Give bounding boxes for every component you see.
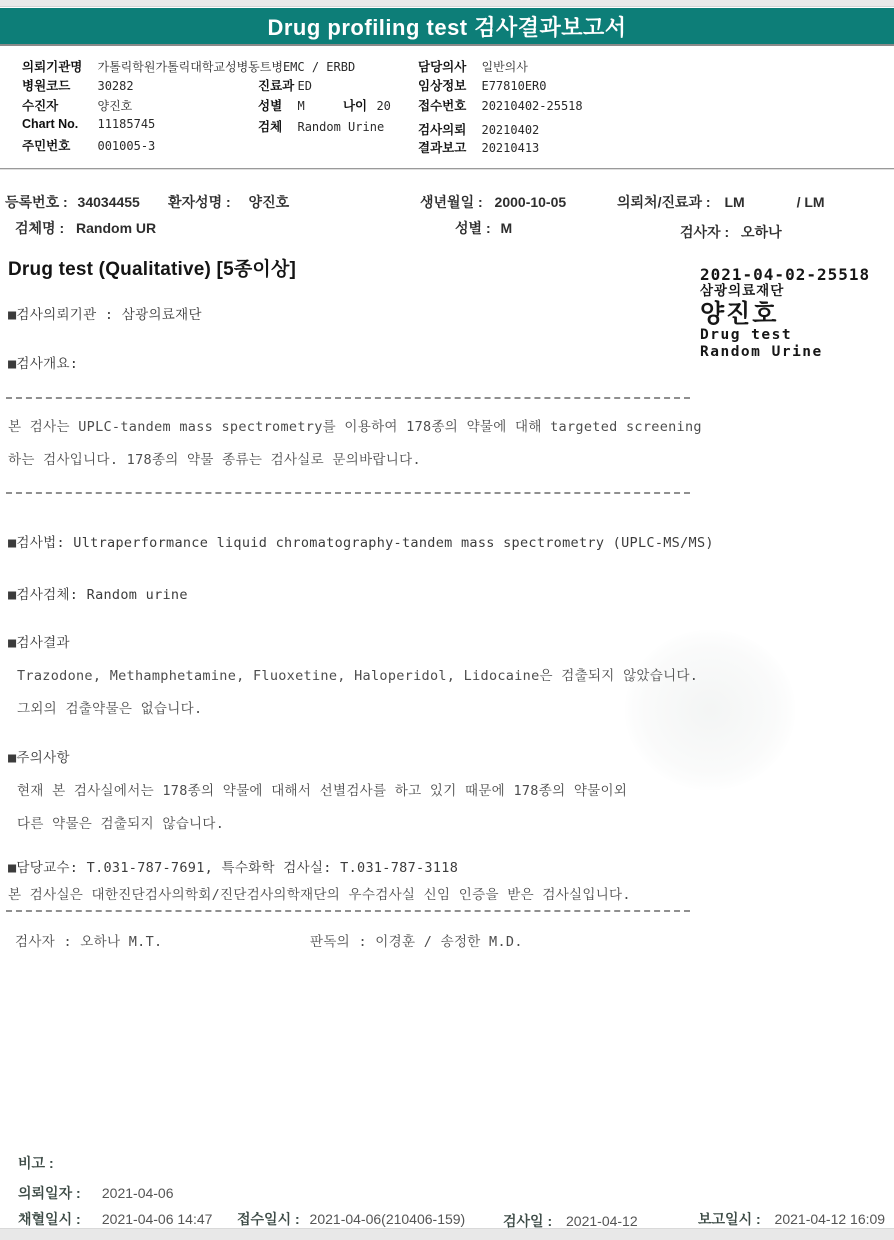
dept-value: ED <box>297 79 311 93</box>
stamp-specimen: Random Urine <box>700 344 870 361</box>
line-tester-sign: 검사자 : 오하나 M.T. <box>15 930 162 950</box>
info-row-hospital-code: 병원코드 30282 <box>22 76 134 94</box>
header-divider <box>0 168 894 170</box>
line-method: ■검사법: Ultraperformance liquid chromatogr… <box>8 531 714 551</box>
clinical-value: E77810ER0 <box>481 79 546 93</box>
receipt-value: 2021-04-06(210406-159) <box>310 1211 466 1227</box>
footer-collect: 채혈일시 : 2021-04-06 14:47 <box>18 1209 212 1229</box>
sex-label: 성별 <box>258 96 294 114</box>
reg-label: 등록번호 : <box>5 194 68 210</box>
resident-label: 주민번호 <box>22 136 94 154</box>
line-result-1: Trazodone, Methamphetamine, Fluoxetine, … <box>17 664 698 684</box>
info-row-dept: 진료과 ED <box>258 76 312 94</box>
chart-label: Chart No. <box>22 117 94 131</box>
collect-value: 2021-04-06 14:47 <box>102 1211 213 1227</box>
line-caution-2: 다른 약물은 검출되지 않습니다. <box>17 812 224 832</box>
top-strip <box>0 0 894 7</box>
pbar-tester: 검사자 : 오하나 <box>680 222 782 242</box>
line-reader-sign: 판독의 : 이경훈 / 송정한 M.D. <box>310 930 523 950</box>
line-request-org: ■검사의뢰기관 : 삼광의료재단 <box>8 303 202 323</box>
dashed-divider-2 <box>6 492 690 494</box>
report-date-label: 결과보고 <box>418 138 478 156</box>
patient-label: 수진자 <box>22 96 94 114</box>
line-caution-head: ■주의사항 <box>8 746 70 766</box>
referral-dept-label: 의뢰처/진료과 : <box>617 194 711 210</box>
dashed-divider-1 <box>6 397 690 399</box>
tester-value: 오하나 <box>741 224 782 240</box>
patient-value: 양진호 <box>97 99 132 113</box>
faint-stamp-watermark <box>625 630 795 790</box>
request-date-value: 2021-04-06 <box>102 1185 174 1201</box>
info-row-org: 의뢰기관명 가톨릭학원가톨릭대학교성병동트병EMC / ERBD <box>22 57 355 75</box>
specimen-name-label: 검체명 : <box>15 220 64 236</box>
test-date-label: 검사일 : <box>503 1213 552 1229</box>
specimen-label: 검체 <box>258 117 294 135</box>
hospital-code-value: 30282 <box>97 79 133 93</box>
hospital-code-label: 병원코드 <box>22 76 94 94</box>
accession-label: 접수번호 <box>418 96 478 114</box>
line-caution-1: 현재 본 검사실에서는 178종의 약물에 대해서 선별검사를 하고 있기 때문… <box>17 779 627 799</box>
receipt-label: 접수일시 : <box>237 1211 300 1227</box>
specimen-value: Random Urine <box>297 120 384 134</box>
lab-stamp: 2021-04-02-25518 삼광의료재단 양진호 Drug test Ra… <box>700 266 870 361</box>
bottom-strip <box>0 1228 894 1240</box>
request-date-label: 의뢰일자 : <box>18 1183 98 1203</box>
referral-dept-value2: / LM <box>797 194 825 210</box>
line-certification: 본 검사실은 대한진단검사의학회/진단검사의학재단의 우수검사실 신임 인증을 … <box>8 883 631 903</box>
pbar-birth: 생년월일 : 2000-10-05 <box>420 192 566 212</box>
info-row-patient: 수진자 양진호 <box>22 96 132 114</box>
footer-report-datetime: 보고일시 : 2021-04-12 16:09 <box>698 1209 885 1229</box>
accession-value: 20210402-25518 <box>481 99 582 113</box>
birth-value: 2000-10-05 <box>495 194 567 210</box>
footer-note: 비고 : <box>18 1153 54 1173</box>
info-row-specimen: 검체 Random Urine <box>258 117 384 135</box>
age-label: 나이 <box>343 96 373 114</box>
line-result-head: ■검사결과 <box>8 631 70 651</box>
line-overview-2: 하는 검사입니다. 178종의 약물 종류는 검사실로 문의바랍니다. <box>8 448 421 468</box>
collect-label: 채혈일시 : <box>18 1209 98 1229</box>
pbar-name: 환자성명 : 양진호 <box>168 192 289 212</box>
report-page: Drug profiling test 검사결과보고서 의뢰기관명 가톨릭학원가… <box>0 0 894 1240</box>
info-row-accession: 접수번호 20210402-25518 <box>418 96 583 114</box>
test-date-value: 2021-04-12 <box>566 1213 638 1229</box>
pbar-reg: 등록번호 : 34034455 <box>5 192 140 212</box>
pbar-dept: 의뢰처/진료과 : LM / LM <box>617 192 825 212</box>
referral-dept-value: LM <box>724 194 744 210</box>
pbar-specimen: 검체명 : Random UR <box>15 218 156 238</box>
org-label: 의뢰기관명 <box>22 57 94 75</box>
line-overview-head: ■검사개요: <box>8 352 78 372</box>
dept-label: 진료과 <box>258 76 294 94</box>
stamp-accession: 2021-04-02-25518 <box>700 266 870 284</box>
info-row-sex-age: 성별 M 나이 20 <box>258 96 391 114</box>
name-value: 양진호 <box>249 194 290 210</box>
org-value: 가톨릭학원가톨릭대학교성병동트병EMC / ERBD <box>97 60 355 74</box>
info-row-chart: Chart No. 11185745 <box>22 117 155 131</box>
resident-value: 001005-3 <box>97 139 155 153</box>
sex2-label: 성별 : <box>455 220 491 236</box>
chart-value: 11185745 <box>97 117 155 131</box>
stamp-lab-name: 삼광의료재단 <box>700 284 870 300</box>
specimen-name-value: Random UR <box>76 220 156 236</box>
info-row-request: 검사의뢰 20210402 <box>418 120 539 138</box>
tester-label: 검사자 : <box>680 224 729 240</box>
info-row-doctor: 담당의사 일반의사 <box>418 57 528 75</box>
test-section-title: Drug test (Qualitative) [5종이상] <box>8 254 296 281</box>
info-row-report: 결과보고 20210413 <box>418 138 539 156</box>
pbar-sex: 성별 : M <box>455 218 512 238</box>
line-contact: ■담당교수: T.031-787-7691, 특수화학 검사실: T.031-7… <box>8 856 458 876</box>
info-row-resident: 주민번호 001005-3 <box>22 136 155 154</box>
line-result-2: 그외의 검출약물은 없습니다. <box>17 697 202 717</box>
age-value: 20 <box>376 99 390 113</box>
footer-receipt: 접수일시 : 2021-04-06(210406-159) <box>237 1209 465 1229</box>
line-overview-1: 본 검사는 UPLC-tandem mass spectrometry를 이용하… <box>8 415 702 435</box>
report-datetime-label: 보고일시 : <box>698 1211 761 1227</box>
sex-value: M <box>297 99 339 113</box>
birth-label: 생년월일 : <box>420 194 483 210</box>
stamp-test-name: Drug test <box>700 327 870 344</box>
info-row-clinical: 임상정보 E77810ER0 <box>418 76 547 94</box>
request-label: 검사의뢰 <box>418 120 478 138</box>
sex2-value: M <box>501 220 513 236</box>
report-title: Drug profiling test 검사결과보고서 <box>267 11 626 42</box>
stamp-patient-name: 양진호 <box>700 300 870 328</box>
reg-value: 34034455 <box>78 194 140 210</box>
report-datetime-value: 2021-04-12 16:09 <box>775 1211 886 1227</box>
dashed-divider-3 <box>6 910 690 912</box>
request-value: 20210402 <box>481 123 539 137</box>
report-date-value: 20210413 <box>481 141 539 155</box>
doctor-value: 일반의사 <box>481 60 527 74</box>
line-specimen: ■검사검체: Random urine <box>8 583 188 603</box>
report-titlebar: Drug profiling test 검사결과보고서 <box>0 8 894 46</box>
clinical-label: 임상정보 <box>418 76 478 94</box>
name-label: 환자성명 : <box>168 194 231 210</box>
doctor-label: 담당의사 <box>418 57 478 75</box>
footer-request-date: 의뢰일자 : 2021-04-06 <box>18 1183 174 1203</box>
note-label: 비고 : <box>18 1155 54 1171</box>
